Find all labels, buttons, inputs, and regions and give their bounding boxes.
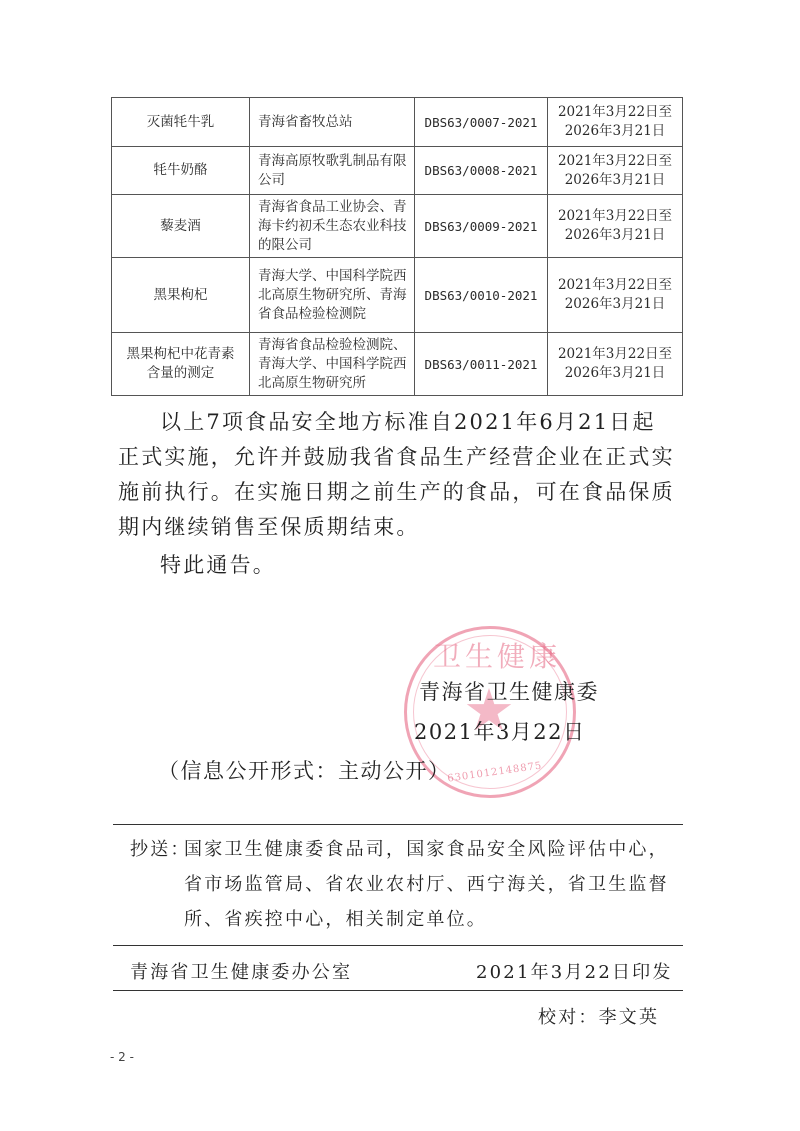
closing-text: 特此通告。 xyxy=(118,548,678,583)
table-row: 牦牛奶酪 青海高原牧歌乳制品有限公司 DBS63/0008-2021 2021年… xyxy=(112,147,683,195)
standard-code: DBS63/0007-2021 xyxy=(415,98,548,147)
table-row: 黑果枸杞 青海大学、中国科学院西北高原生物研究所、青海省食品检验检测院 DBS6… xyxy=(112,258,683,333)
proofreader: 校对：李文英 xyxy=(538,1000,659,1035)
issue-date: 2021年3月22日印发 xyxy=(476,955,673,990)
period-end: 2026年3月21日 xyxy=(565,172,666,188)
period-start: 2021年3月22日至 xyxy=(558,346,672,362)
validity-period: 2021年3月22日至2026年3月21日 xyxy=(548,333,683,396)
validity-period: 2021年3月22日至2026年3月21日 xyxy=(548,98,683,147)
page-number: - 2 - xyxy=(110,1050,134,1064)
drafting-unit: 青海高原牧歌乳制品有限公司 xyxy=(250,147,415,195)
divider xyxy=(113,990,683,991)
table-row: 藜麦酒 青海省食品工业协会、青海卡约初禾生态农业科技的限公司 DBS63/000… xyxy=(112,195,683,258)
validity-period: 2021年3月22日至2026年3月21日 xyxy=(548,147,683,195)
signing-date: 2021年3月22日 xyxy=(414,716,586,746)
divider xyxy=(113,824,683,825)
period-start: 2021年3月22日至 xyxy=(558,104,672,120)
standard-name: 牦牛奶酪 xyxy=(112,147,250,195)
standard-name: 黑果枸杞中花青素含量的测定 xyxy=(112,333,250,396)
table-row: 灭菌牦牛乳 青海省畜牧总站 DBS63/0007-2021 2021年3月22日… xyxy=(112,98,683,147)
signing-org: 青海省卫生健康委 xyxy=(419,676,599,706)
standard-name: 藜麦酒 xyxy=(112,195,250,258)
issuer: 青海省卫生健康委办公室 xyxy=(130,955,352,990)
table-row: 黑果枸杞中花青素含量的测定 青海省食品检验检测院、青海大学、中国科学院西北高原生… xyxy=(112,333,683,396)
drafting-unit: 青海省食品工业协会、青海卡约初禾生态农业科技的限公司 xyxy=(250,195,415,258)
period-start: 2021年3月22日至 xyxy=(558,208,672,224)
cc-block: 抄送： 国家卫生健康委食品司，国家食品安全风险评估中心，省市场监管局、省农业农村… xyxy=(130,832,670,937)
drafting-unit: 青海省食品检验检测院、青海大学、中国科学院西北高原生物研究所 xyxy=(250,333,415,396)
disclosure-form: （信息公开形式：主动公开） xyxy=(158,755,451,785)
standard-code: DBS63/0010-2021 xyxy=(415,258,548,333)
cc-recipients: 国家卫生健康委食品司，国家食品安全风险评估中心，省市场监管局、省农业农村厅、西宁… xyxy=(184,832,684,937)
cc-label: 抄送： xyxy=(130,832,191,867)
standard-code: DBS63/0009-2021 xyxy=(415,195,548,258)
divider xyxy=(113,945,683,946)
standard-name: 灭菌牦牛乳 xyxy=(112,98,250,147)
standard-name: 黑果枸杞 xyxy=(112,258,250,333)
period-end: 2026年3月21日 xyxy=(565,123,666,139)
standard-code: DBS63/0008-2021 xyxy=(415,147,548,195)
period-start: 2021年3月22日至 xyxy=(558,153,672,169)
seal-text: 卫生健康 xyxy=(433,635,561,675)
standard-code: DBS63/0011-2021 xyxy=(415,333,548,396)
validity-period: 2021年3月22日至2026年3月21日 xyxy=(548,258,683,333)
period-end: 2026年3月21日 xyxy=(565,365,666,381)
period-end: 2026年3月21日 xyxy=(565,296,666,312)
standards-table: 灭菌牦牛乳 青海省畜牧总站 DBS63/0007-2021 2021年3月22日… xyxy=(111,97,683,396)
period-start: 2021年3月22日至 xyxy=(558,277,672,293)
drafting-unit: 青海大学、中国科学院西北高原生物研究所、青海省食品检验检测院 xyxy=(250,258,415,333)
body-paragraph: 以上7项食品安全地方标准自2021年6月21日起正式实施，允许并鼓励我省食品生产… xyxy=(118,405,678,545)
validity-period: 2021年3月22日至2026年3月21日 xyxy=(548,195,683,258)
drafting-unit: 青海省畜牧总站 xyxy=(250,98,415,147)
period-end: 2026年3月21日 xyxy=(565,227,666,243)
